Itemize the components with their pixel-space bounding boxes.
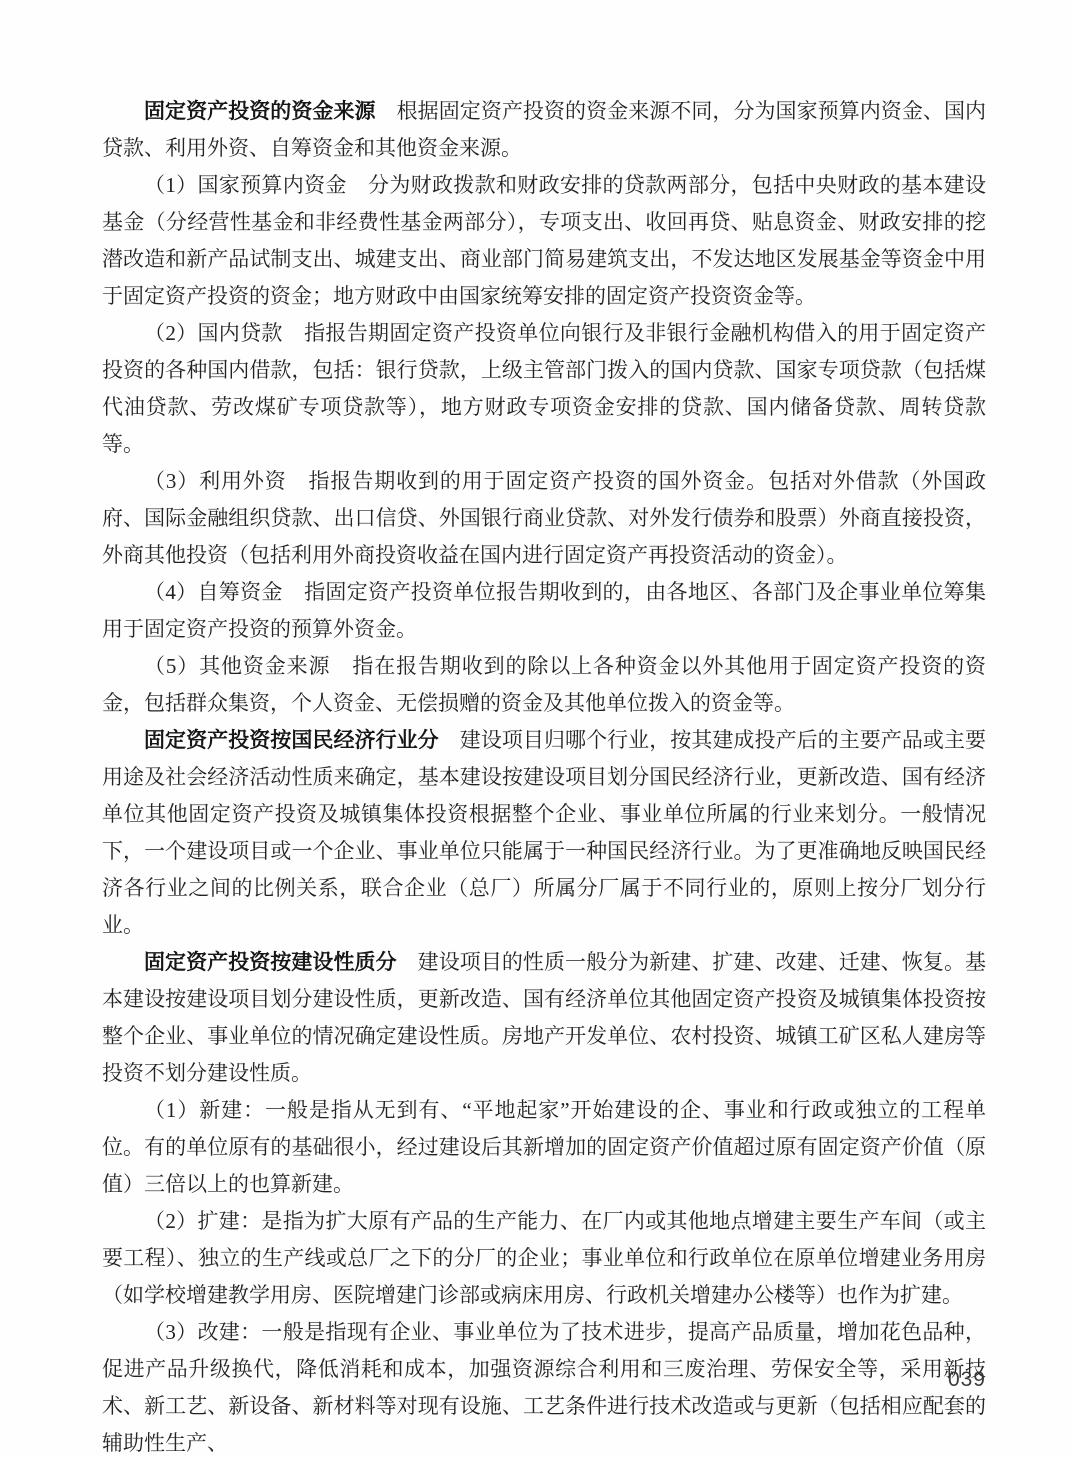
paragraph: 固定资产投资的资金来源 根据固定资产投资的资金来源不同，分为国家预算内资金、国内… [102, 93, 986, 167]
paragraph: （2）扩建：是指为扩大原有产品的生产能力、在厂内或其他地点增建主要生产车间（或主… [102, 1203, 986, 1314]
page-body: 固定资产投资的资金来源 根据固定资产投资的资金来源不同，分为国家预算内资金、国内… [102, 93, 986, 1458]
paragraph-bold-lead: 固定资产投资按国民经济行业分 [144, 729, 439, 752]
paragraph: （2）国内贷款 指报告期固定资产投资单位向银行及非银行金融机构借入的用于固定资产… [102, 315, 986, 463]
paragraph: 固定资产投资按国民经济行业分 建设项目归哪个行业，按其建成投产后的主要产品或主要… [102, 722, 986, 944]
document-page: 固定资产投资的资金来源 根据固定资产投资的资金来源不同，分为国家预算内资金、国内… [0, 0, 1074, 1458]
paragraph-bold-lead: 固定资产投资的资金来源 [144, 100, 376, 123]
paragraph: （3）利用外资 指报告期收到的用于固定资产投资的国外资金。包括对外借款（外国政府… [102, 463, 986, 574]
paragraph-bold-lead: 固定资产投资按建设性质分 [144, 951, 397, 974]
paragraph: （1）国家预算内资金 分为财政拨款和财政安排的贷款两部分，包括中央财政的基本建设… [102, 167, 986, 315]
page-number: 039 [0, 1368, 986, 1392]
paragraph: （4）自筹资金 指固定资产投资单位报告期收到的，由各地区、各部门及企事业单位筹集… [102, 574, 986, 648]
paragraph: （5）其他资金来源 指在报告期收到的除以上各种资金以外其他用于固定资产投资的资金… [102, 648, 986, 722]
paragraph: （1）新建：一般是指从无到有、“平地起家”开始建设的企、事业和行政或独立的工程单… [102, 1092, 986, 1203]
paragraph: 固定资产投资按建设性质分 建设项目的性质一般分为新建、扩建、改建、迁建、恢复。基… [102, 944, 986, 1092]
